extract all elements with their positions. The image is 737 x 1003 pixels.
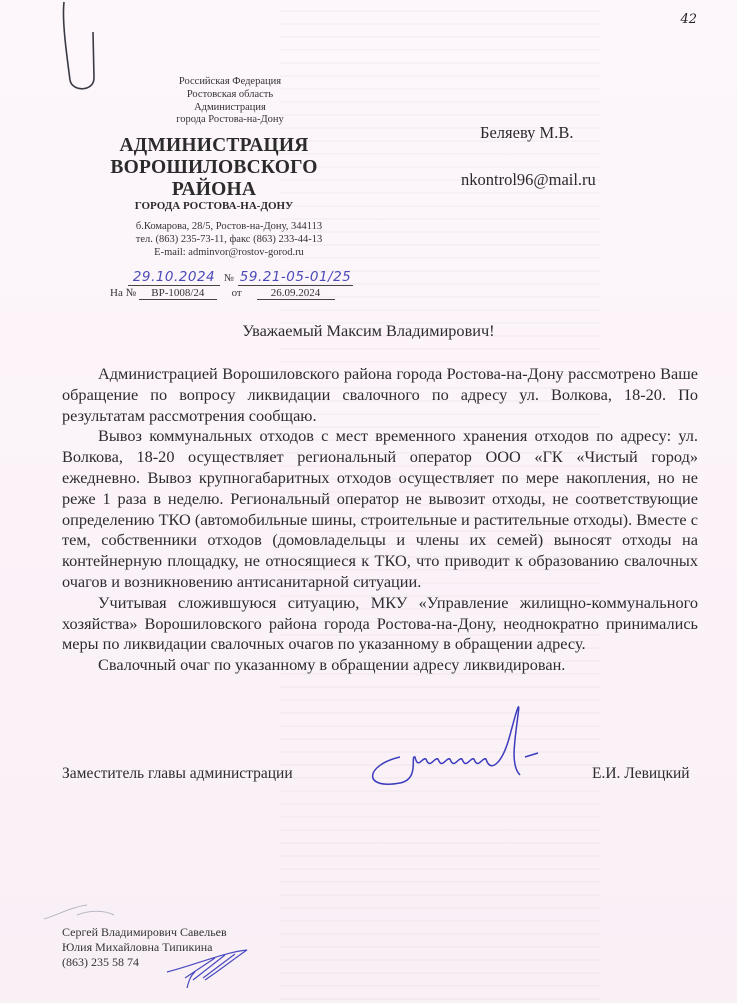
outgoing-number: 59.21-05-01/25 xyxy=(238,269,353,286)
ref-date: 26.09.2024 xyxy=(257,287,335,300)
letterhead-line-admin: Администрация xyxy=(120,102,340,115)
ref-from-label: от xyxy=(232,287,242,299)
letter-body: Администрацией Ворошиловского района гор… xyxy=(62,364,698,676)
body-paragraph-1: Администрацией Ворошиловского района гор… xyxy=(62,364,698,426)
letterhead-line-city: города Ростова-на-Дону xyxy=(120,114,340,127)
handwritten-page-number: 42 xyxy=(680,12,697,27)
signatory-name: Е.И. Левицкий xyxy=(592,765,690,783)
org-name-line-2: ВОРОШИЛОВСКОГО xyxy=(100,157,328,179)
outgoing-registration: 29.10.2024 № 59.21-05-01/25 xyxy=(128,268,353,286)
initials-signature-icon xyxy=(165,940,250,990)
executor-phone: (863) 235 58 74 xyxy=(62,955,139,970)
signatory-position: Заместитель главы администрации xyxy=(62,765,293,783)
recipient-name: Беляеву М.В. xyxy=(480,123,573,143)
outgoing-date: 29.10.2024 xyxy=(128,269,220,286)
org-name-subtitle: ГОРОДА РОСТОВА-НА-ДОНУ xyxy=(100,200,328,212)
stamp-smudge-icon xyxy=(42,897,122,927)
recipient-email: nkontrol96@mail.ru xyxy=(461,170,596,190)
letterhead-line-region: Ростовская область xyxy=(120,89,340,102)
handwritten-signature-icon xyxy=(360,695,560,795)
scanned-letter-page: 42 Российская Федерация Ростовская облас… xyxy=(0,0,737,1003)
incoming-reference: На № ВР-1008/24 от 26.09.2024 xyxy=(110,287,335,300)
salutation: Уважаемый Максим Владимирович! xyxy=(0,321,737,341)
executor-name-1: Сергей Владимирович Савельев xyxy=(62,925,227,940)
ref-label: На № xyxy=(110,287,136,299)
org-phone-fax: тел. (863) 235-73-11, факс (863) 233-44-… xyxy=(100,234,358,247)
body-paragraph-4: Свалочный очаг по указанному в обращении… xyxy=(62,655,698,676)
letterhead-line-country: Российская Федерация xyxy=(120,76,340,89)
org-name-line-1: АДМИНИСТРАЦИЯ xyxy=(100,135,328,157)
number-label: № xyxy=(224,273,234,284)
body-paragraph-2: Вывоз коммунальных отходов с мест времен… xyxy=(62,426,698,592)
org-address: б.Комарова, 28/5, Ростов-на-Дону, 344113 xyxy=(100,221,358,234)
org-name-line-3: РАЙОНА xyxy=(100,179,328,201)
org-email: E-mail: adminvor@rostov-gorod.ru xyxy=(100,247,358,260)
body-paragraph-3: Учитывая сложившуюся ситуацию, МКУ «Упра… xyxy=(62,593,698,655)
ref-number: ВР-1008/24 xyxy=(139,287,217,300)
paperclip-icon xyxy=(50,0,100,92)
